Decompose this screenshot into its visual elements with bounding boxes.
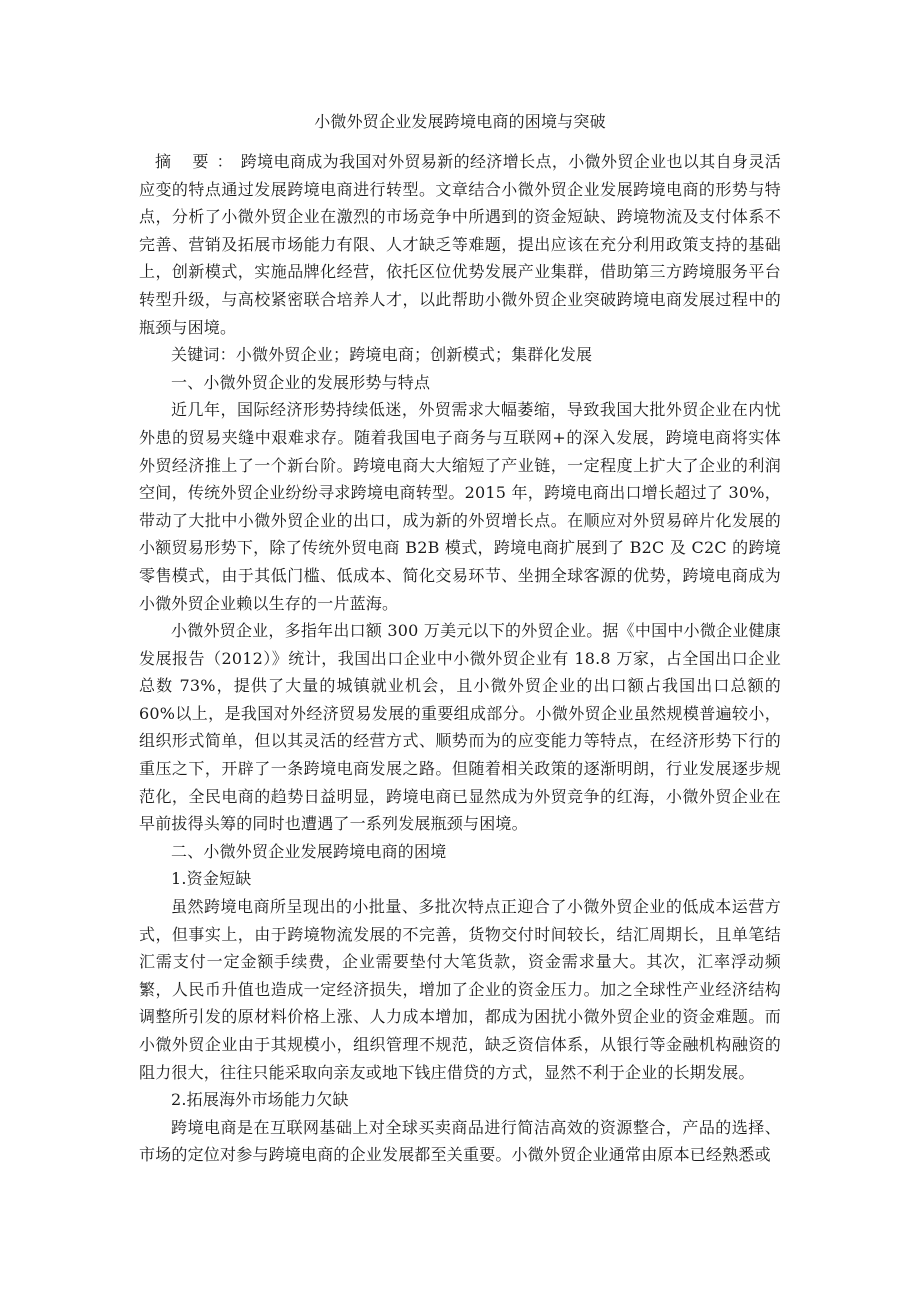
keywords-text: 小微外贸企业；跨境电商；创新模式；集群化发展 [236,345,592,364]
subsection-overseas-market-paragraph: 跨境电商是在互联网基础上对全球买卖商品进行简洁高效的资源整合，产品的选择、市场的… [139,1114,781,1169]
subsection-funding-paragraph: 虽然跨境电商所呈现出的小批量、多批次特点正迎合了小微外贸企业的低成本运营方式，但… [139,893,781,1086]
abstract-label: 摘 要： [155,152,241,171]
abstract: 摘 要：跨境电商成为我国对外贸易新的经济增长点，小微外贸企业也以其自身灵活应变的… [139,148,781,341]
document-title: 小微外贸企业发展跨境电商的困境与突破 [139,110,781,134]
subsection-heading-overseas-market: 2.拓展海外市场能力欠缺 [139,1086,781,1114]
section-heading-1: 一、小微外贸企业的发展形势与特点 [139,369,781,397]
keywords: 关键词：小微外贸企业；跨境电商；创新模式；集群化发展 [139,341,781,369]
abstract-text: 跨境电商成为我国对外贸易新的经济增长点，小微外贸企业也以其自身灵活应变的特点通过… [139,152,781,337]
document-page: 小微外贸企业发展跨境电商的困境与突破 摘 要：跨境电商成为我国对外贸易新的经济增… [139,110,781,1169]
subsection-heading-funding: 1.资金短缺 [139,865,781,893]
keywords-label: 关键词： [171,345,236,364]
section-1-paragraph-1: 近几年，国际经济形势持续低迷，外贸需求大幅萎缩，导致我国大批外贸企业在内忧外患的… [139,396,781,617]
section-1-paragraph-2: 小微外贸企业，多指年出口额 300 万美元以下的外贸企业。据《中国中小微企业健康… [139,617,781,838]
section-heading-2: 二、小微外贸企业发展跨境电商的困境 [139,838,781,866]
